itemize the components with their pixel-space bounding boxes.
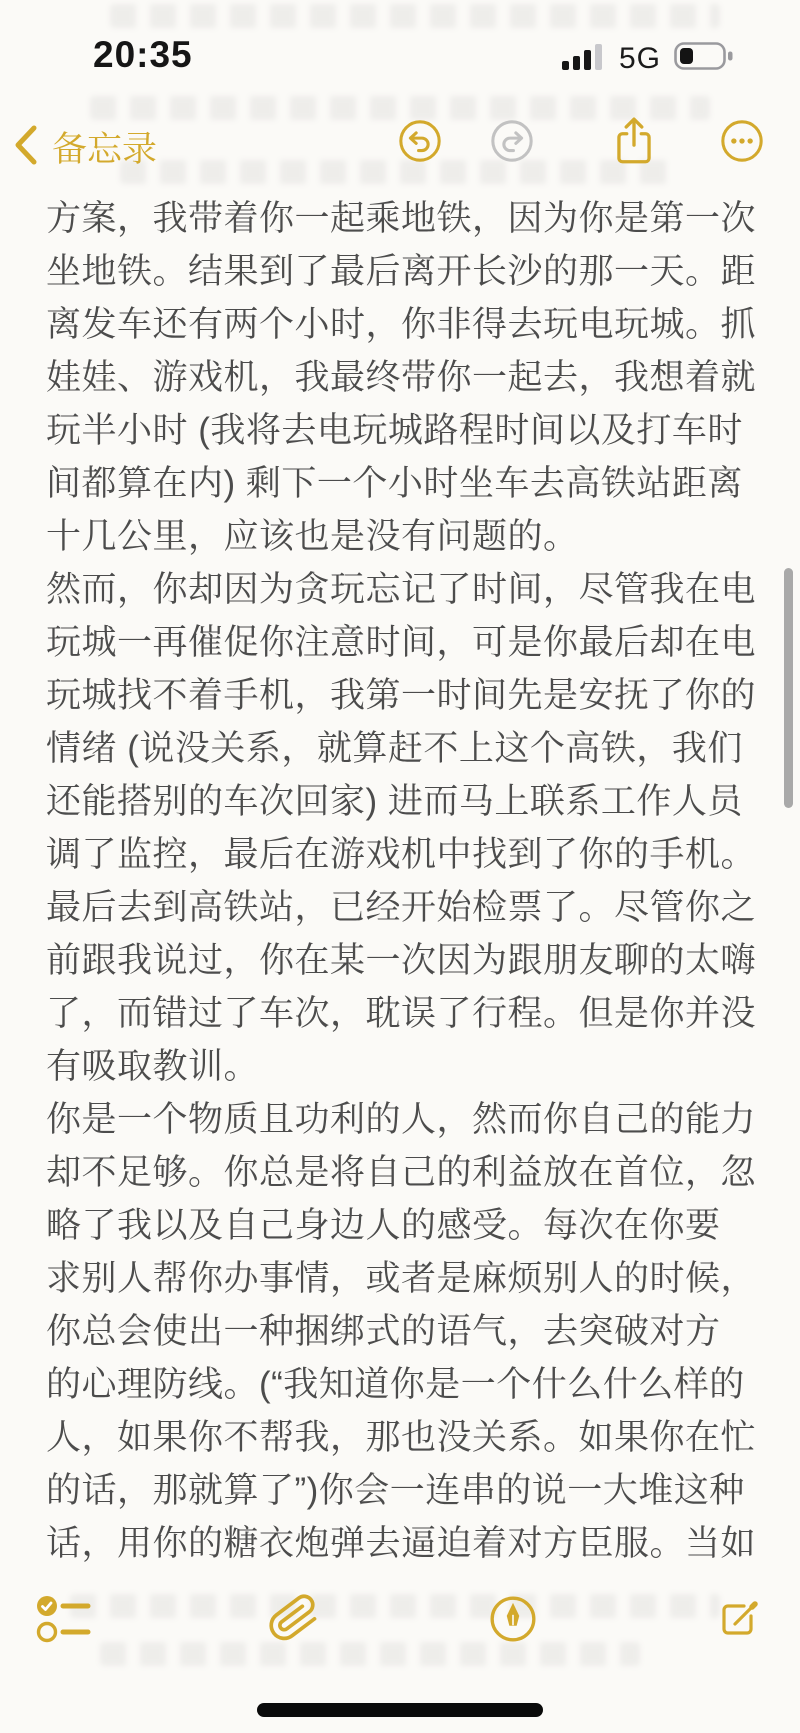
note-text-line[interactable]: 玩半小时 (我将去电玩城路程时间以及打车时 — [46, 404, 760, 457]
cellular-signal-icon — [562, 40, 606, 77]
note-text-line[interactable]: 离发车还有两个小时，你非得去玩电玩城。抓 — [46, 298, 760, 351]
status-bar: 20:35 5G — [0, 0, 800, 92]
note-text-line[interactable]: 你总会使出一种捆绑式的语气，去突破对方 — [46, 1305, 760, 1358]
network-type-label: 5G — [619, 42, 661, 76]
note-text-line[interactable]: 坐地铁。结果到了最后离开长沙的那一天。距 — [46, 245, 760, 298]
note-text-line[interactable]: 话，用你的糖衣炮弹去逼迫着对方臣服。当如 — [46, 1517, 760, 1570]
back-chevron-icon — [12, 124, 38, 171]
checklist-icon[interactable] — [36, 1594, 98, 1649]
note-text-line[interactable]: 情绪 (说没关系，就算赶不上这个高铁，我们 — [46, 722, 760, 775]
note-text-line[interactable]: 人，如果你不帮我，那也没关系。如果你在忙 — [46, 1411, 760, 1464]
attachment-paperclip-icon[interactable] — [268, 1590, 320, 1651]
note-text-line[interactable]: 你是一个物质且功利的人，然而你自己的能力 — [46, 1093, 760, 1146]
back-to-notes-button[interactable]: 备忘录 — [12, 122, 157, 172]
note-text-line[interactable]: 方案，我带着你一起乘地铁，因为你是第一次 — [46, 192, 760, 245]
markup-icon[interactable] — [488, 1594, 538, 1649]
note-text-line[interactable]: 玩城找不着手机，我第一时间先是安抚了你的 — [46, 669, 760, 722]
share-icon[interactable] — [609, 114, 659, 168]
notes-app-screen: { "status_bar": { "time": "20:35", "netw… — [0, 0, 800, 1733]
bottom-toolbar — [0, 1588, 800, 1668]
note-editor[interactable]: 方案，我带着你一起乘地铁，因为你是第一次坐地铁。结果到了最后离开长沙的那一天。距… — [46, 192, 760, 1570]
note-text-line[interactable]: 娃娃、游戏机，我最终带你一起去，我想着就 — [46, 351, 760, 404]
note-text-line[interactable]: 然而，你却因为贪玩忘记了时间，尽管我在电 — [46, 563, 760, 616]
undo-button[interactable] — [397, 118, 443, 164]
note-text-line[interactable]: 还能搭别的车次回家) 进而马上联系工作人员 — [46, 775, 760, 828]
home-indicator[interactable] — [257, 1703, 543, 1717]
note-text-line[interactable]: 了，而错过了车次，耽误了行程。但是你并没 — [46, 987, 760, 1040]
scrollbar[interactable] — [784, 568, 793, 808]
redo-button[interactable] — [489, 118, 535, 164]
note-text-line[interactable]: 略了我以及自己身边人的感受。每次在你要 — [46, 1199, 760, 1252]
compose-icon[interactable] — [715, 1596, 763, 1649]
note-text-line[interactable]: 最后去到高铁站，已经开始检票了。尽管你之 — [46, 881, 760, 934]
note-text-line[interactable]: 玩城一再催促你注意时间，可是你最后却在电 — [46, 616, 760, 669]
note-text-line[interactable]: 前跟我说过，你在某一次因为跟朋友聊的太嗨 — [46, 934, 760, 987]
more-options-button[interactable] — [719, 118, 765, 164]
note-text-line[interactable]: 调了监控，最后在游戏机中找到了你的手机。 — [46, 828, 760, 881]
note-text-line[interactable]: 有吸取教训。 — [46, 1040, 760, 1093]
battery-icon — [674, 41, 734, 76]
note-text-line[interactable]: 十几公里，应该也是没有问题的。 — [46, 510, 760, 563]
note-text-line[interactable]: 的话，那就算了”)你会一连串的说一大堆这种 — [46, 1464, 760, 1517]
navigation-bar: 备忘录 — [0, 118, 800, 198]
back-button-label: 备忘录 — [52, 122, 157, 172]
note-text-line[interactable]: 间都算在内) 剩下一个小时坐车去高铁站距离 — [46, 457, 760, 510]
clock-time: 20:35 — [93, 34, 193, 76]
note-text-line[interactable]: 却不足够。你总是将自己的利益放在首位，忽 — [46, 1146, 760, 1199]
note-text-line[interactable]: 求别人帮你办事情，或者是麻烦别人的时候， — [46, 1252, 760, 1305]
note-text-line[interactable]: 的心理防线。(“我知道你是一个什么什么样的 — [46, 1358, 760, 1411]
